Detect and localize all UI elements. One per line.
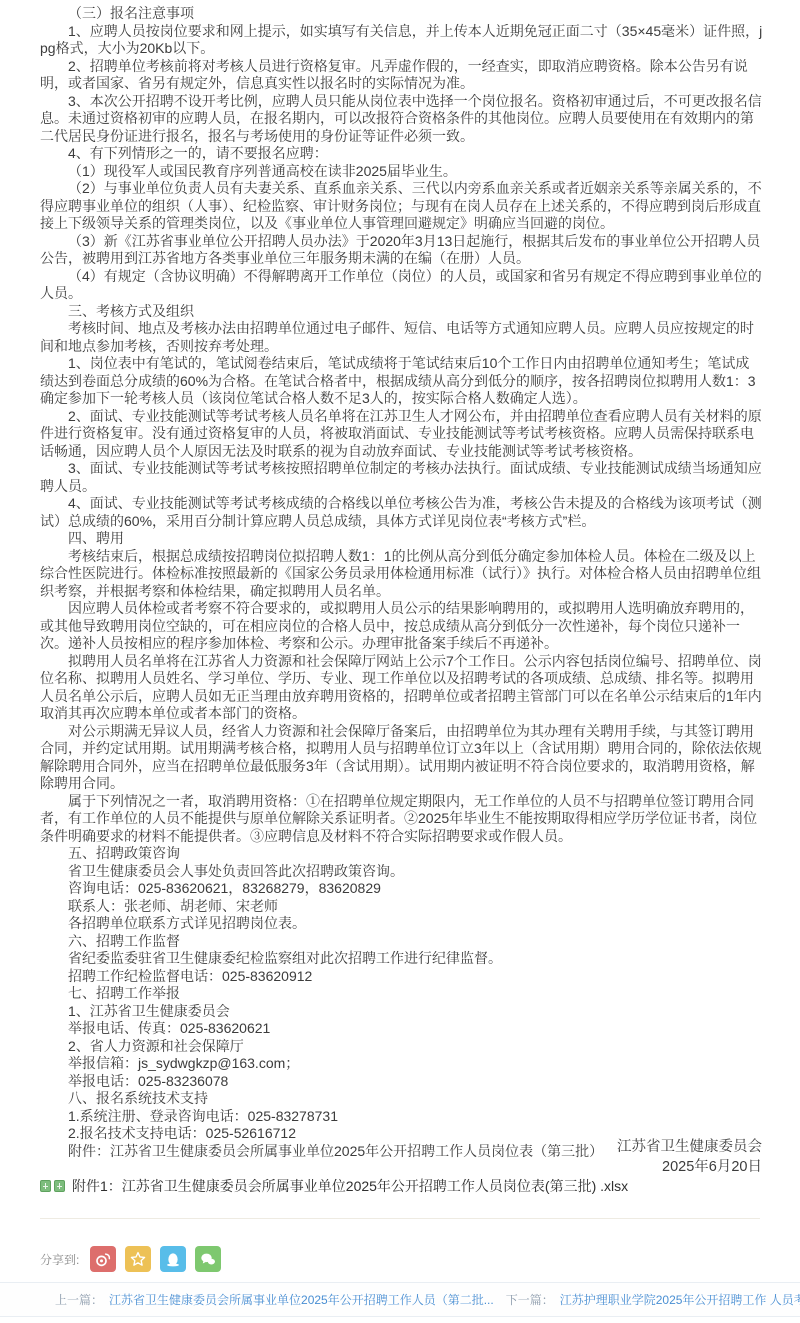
paragraph: 因应聘人员体检或者考察不符合要求的，或拟聘用人员公示的结果影响聘用的，或拟聘用人… [40, 600, 763, 653]
prev-label: 上一篇： [55, 1291, 103, 1308]
paragraph: 省纪委监委驻省卫生健康委纪检监察组对此次招聘工作进行纪律监督。 [40, 950, 763, 968]
issue-date: 2025年6月20日 [617, 1158, 762, 1178]
paragraph: 1、岗位表中有笔试的，笔试阅卷结束后，笔试成绩将于笔试结束后10个工作日内由招聘… [40, 355, 763, 408]
paragraph: 举报电话、传真：025-83620621 [40, 1020, 763, 1038]
pager-bar: 上一篇： 江苏省卫生健康委员会所属事业单位2025年公开招聘工作人员（第二批..… [0, 1282, 800, 1317]
paragraph: （三）报名注意事项 [40, 5, 763, 23]
paragraph: 招聘工作纪检监督电话：025-83620912 [40, 968, 763, 986]
paragraph: 拟聘用人员名单将在江苏省人力资源和社会保障厅网站上公示7个工作日。公示内容包括岗… [40, 653, 763, 723]
prev-article-link[interactable]: 江苏省卫生健康委员会所属事业单位2025年公开招聘工作人员（第二批... [109, 1291, 494, 1308]
paragraph: 属于下列情况之一者，取消聘用资格：①在招聘单位规定期限内，无工作单位的人员不与招… [40, 793, 763, 846]
paragraph: 省卫生健康委员会人事处负责回答此次招聘政策咨询。 [40, 863, 763, 881]
wechat-share-icon[interactable] [195, 1246, 221, 1272]
issuer-name: 江苏省卫生健康委员会 [617, 1138, 762, 1158]
paragraph: 对公示期满无异议人员，经省人力资源和社会保障厅备案后，由招聘单位为其办理有关聘用… [40, 723, 763, 793]
next-label: 下一篇： [506, 1291, 554, 1308]
chat-bubbles-icon [199, 1250, 217, 1268]
signature-block: 江苏省卫生健康委员会 2025年6月20日 [617, 1138, 762, 1177]
weibo-share-icon[interactable] [90, 1246, 116, 1272]
paragraph: 举报信箱：js_sydwgkzp@163.com； [40, 1055, 763, 1073]
penguin-icon [164, 1250, 182, 1268]
paragraph: （2）与事业单位负责人员有夫妻关系、直系血亲关系、三代以内旁系血亲关系或者近姻亲… [40, 180, 763, 233]
excel-file-icon [54, 1180, 65, 1192]
excel-file-icon [40, 1180, 51, 1192]
paragraph: 3、本次公开招聘不设开考比例，应聘人员只能从岗位表中选择一个岗位报名。资格初审通… [40, 93, 763, 146]
share-label: 分享到: [40, 1251, 79, 1268]
paragraph: （1）现役军人或国民教育序列普通高校在读非2025届毕业生。 [40, 163, 763, 181]
paragraph: 2、面试、专业技能测试等考试考核人员名单将在江苏卫生人才网公布，并由招聘单位查看… [40, 408, 763, 461]
paragraph: 各招聘单位联系方式详见招聘岗位表。 [40, 915, 763, 933]
paragraph: 1、应聘人员按岗位要求和网上提示，如实填写有关信息，并上传本人近期免冠正面二寸（… [40, 23, 763, 58]
attachment-row[interactable]: 附件1：江苏省卫生健康委员会所属事业单位2025年公开招聘工作人员岗位表(第三批… [40, 1176, 628, 1196]
paragraph: 六、招聘工作监督 [40, 933, 763, 951]
qzone-share-icon[interactable] [125, 1246, 151, 1272]
section-divider [40, 1218, 760, 1219]
paragraph: 2、省人力资源和社会保障厅 [40, 1038, 763, 1056]
paragraph: 考核时间、地点及考核办法由招聘单位通过电子邮件、短信、电话等方式通知应聘人员。应… [40, 320, 763, 355]
paragraph: 1、江苏省卫生健康委员会 [40, 1003, 763, 1021]
qq-share-icon[interactable] [160, 1246, 186, 1272]
paragraph: 4、面试、专业技能测试等考试考核成绩的合格线以单位考核公告为准，考核公告未提及的… [40, 495, 763, 530]
attachment-link[interactable]: 附件1：江苏省卫生健康委员会所属事业单位2025年公开招聘工作人员岗位表(第三批… [72, 1176, 628, 1196]
paragraph: 考核结束后，根据总成绩按招聘岗位拟招聘人数1：1的比例从高分到低分确定参加体检人… [40, 548, 763, 601]
paragraph: 八、报名系统技术支持 [40, 1090, 763, 1108]
paragraph: （4）有规定（含协议明确）不得解聘离开工作单位（岗位）的人员，或国家和省另有规定… [40, 268, 763, 303]
paragraph: 五、招聘政策咨询 [40, 845, 763, 863]
paragraph: 七、招聘工作举报 [40, 985, 763, 1003]
paragraph: 咨询电话：025-83620621，83268279，83620829 [40, 880, 763, 898]
paragraph: 2、招聘单位考核前将对考核人员进行资格复审。凡弄虚作假的，一经查实，即取消应聘资… [40, 58, 763, 93]
paragraph: 联系人：张老师、胡老师、宋老师 [40, 898, 763, 916]
paragraph: 三、考核方式及组织 [40, 303, 763, 321]
paragraph: 四、聘用 [40, 530, 763, 548]
announcement-body: （三）报名注意事项 1、应聘人员按岗位要求和网上提示，如实填写有关信息，并上传本… [0, 0, 800, 1160]
star-icon [129, 1250, 147, 1268]
paragraph: 举报电话：025-83236078 [40, 1073, 763, 1091]
weibo-icon [94, 1250, 112, 1268]
paragraph: （3）新《江苏省事业单位公开招聘人员办法》于2020年3月13日起施行，根据其后… [40, 233, 763, 268]
next-article-link[interactable]: 江苏护理职业学院2025年公开招聘工作 人员考核公告（博士岗第二批） [560, 1291, 800, 1308]
share-row: 分享到: [40, 1246, 221, 1272]
paragraph: 1.系统注册、登录咨询电话：025-83278731 [40, 1108, 763, 1126]
paragraph: 4、有下列情形之一的，请不要报名应聘： [40, 145, 763, 163]
paragraph: 3、面试、专业技能测试等考试考核按照招聘单位制定的考核办法执行。面试成绩、专业技… [40, 460, 763, 495]
